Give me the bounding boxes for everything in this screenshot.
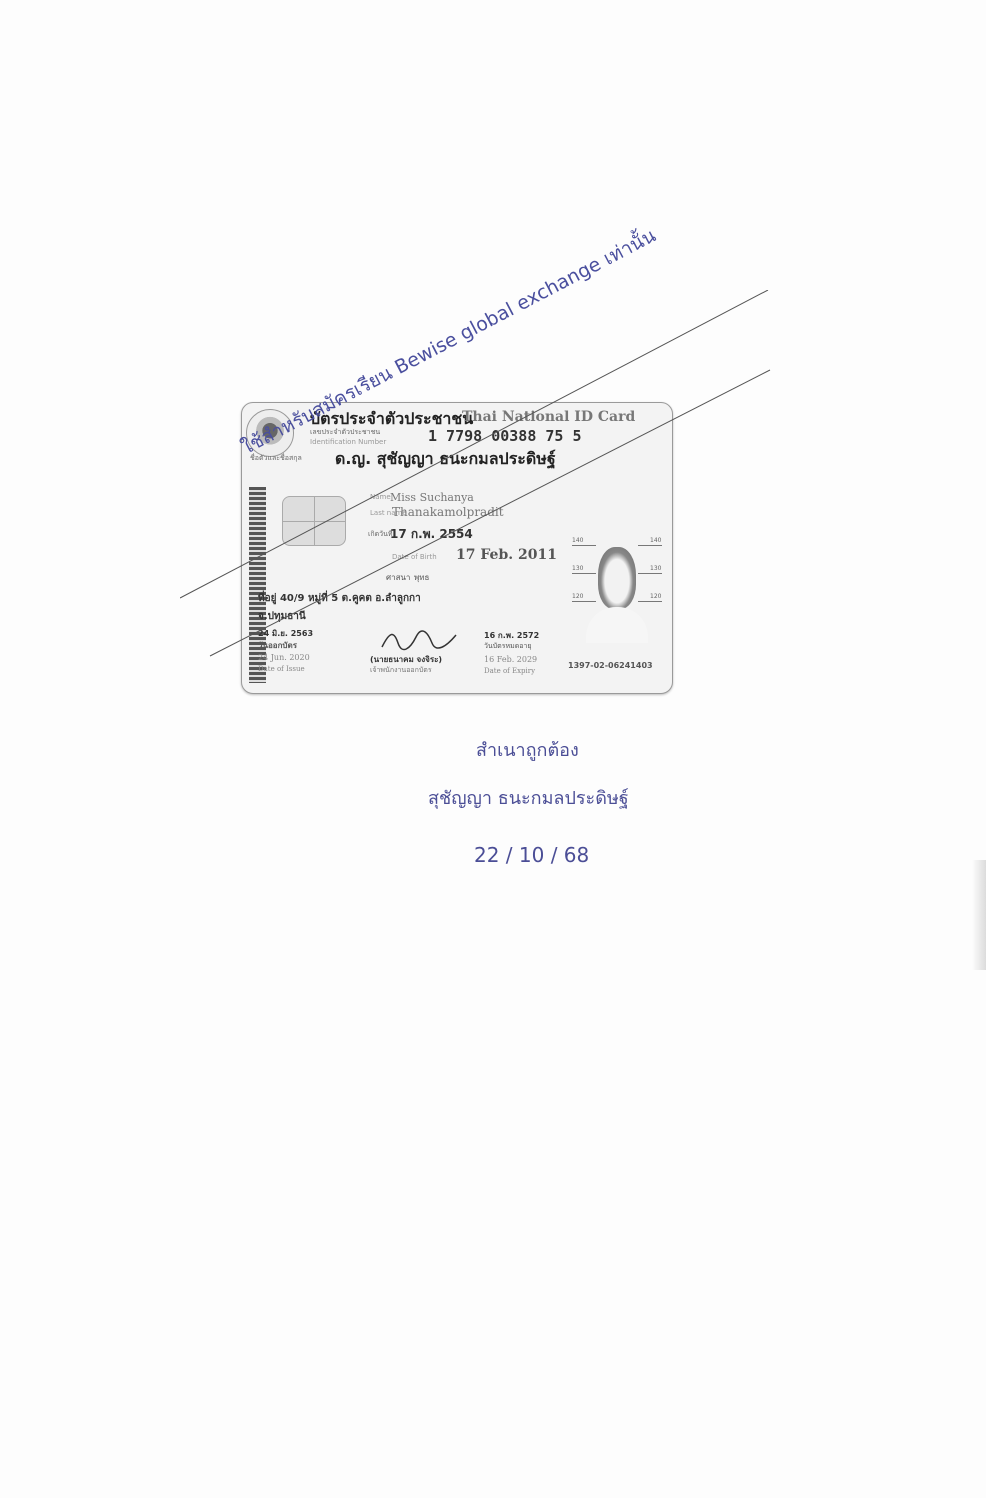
signer-name: สุชัญญา ธนะกมลประดิษฐ์ — [428, 783, 629, 812]
religion-label: ศาสนา — [386, 571, 410, 584]
address-line2: จ.ปทุมธานี — [258, 609, 306, 624]
id-label-en: Identification Number — [310, 438, 386, 446]
card-serial-number: 1397-02-06241403 — [568, 661, 653, 670]
issue-label-en: Date of Issue — [258, 665, 305, 673]
officer-signature — [380, 629, 460, 653]
officer-label: เจ้าพนักงานออกบัตร — [370, 665, 432, 676]
address-line1: ที่อยู่ 40/9 หมู่ที่ 5 ต.คูคต อ.ลำลูกกา — [258, 591, 421, 606]
holder-photo: 140 140 130 130 120 120 — [572, 543, 662, 643]
expiry-date-en: 16 Feb. 2029 — [484, 655, 537, 664]
religion: พุทธ — [414, 571, 429, 584]
expiry-label-en: Date of Expiry — [484, 667, 535, 675]
dob-en: 17 Feb. 2011 — [456, 547, 557, 563]
lastname-en: Thanakamolpradit — [392, 505, 504, 519]
name-th: ด.ญ. สุชัญญา ธนะกมลประดิษฐ์ — [335, 447, 556, 472]
smart-chip-icon — [282, 496, 346, 546]
dob-label-th: เกิดวันที่ — [368, 529, 393, 540]
expiry-label-th: วันบัตรหมดอายุ — [484, 641, 531, 652]
dob-th: 17 ก.พ. 2554 — [390, 525, 473, 544]
certification-date: 22 / 10 / 68 — [474, 843, 589, 867]
issue-date-en: 24 Jun. 2020 — [258, 653, 310, 662]
page-edge-shadow — [972, 860, 986, 970]
certified-copy-text: สำเนาถูกต้อง — [476, 735, 579, 764]
card-title-en: Thai National ID Card — [462, 409, 635, 425]
name-label-en: Name — [370, 493, 391, 501]
name-en: Miss Suchanya — [390, 491, 474, 504]
id-label-th: เลขประจำตัวประชาชน — [310, 427, 380, 438]
issue-label-th: วันออกบัตร — [258, 639, 297, 652]
dob-label-en: Date of Birth — [392, 553, 437, 561]
id-number: 1 7798 00388 75 5 — [428, 427, 582, 445]
id-card-copy: บัตรประจำตัวประชาชน Thai National ID Car… — [241, 402, 673, 694]
